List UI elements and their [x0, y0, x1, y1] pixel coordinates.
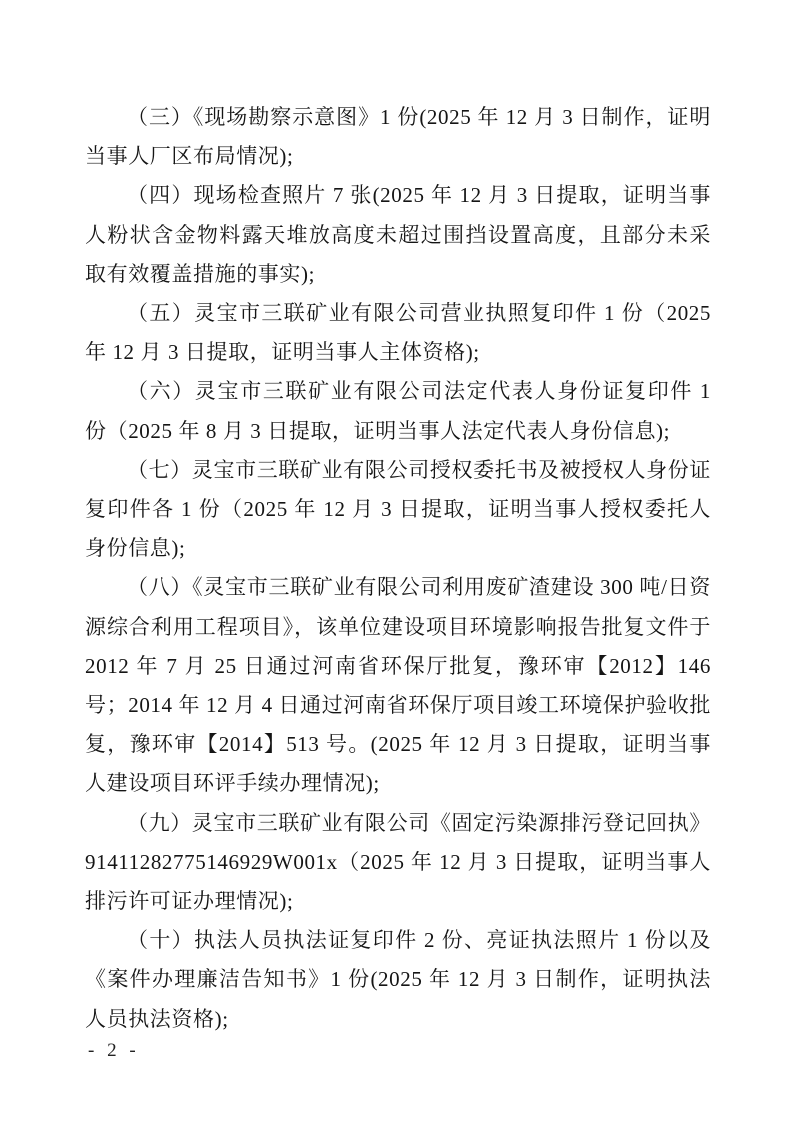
document-body: （三）《现场勘察示意图》1 份(2025 年 12 月 3 日制作，证明当事人厂…: [85, 98, 711, 1039]
evidence-item-9: （九）灵宝市三联矿业有限公司《固定污染源排污登记回执》9141128277514…: [85, 804, 711, 922]
page-number: - 2 -: [88, 1040, 140, 1062]
evidence-item-8: （八）《灵宝市三联矿业有限公司利用废矿渣建设 300 吨/日资源综合利用工程项目…: [85, 568, 711, 803]
evidence-item-6: （六）灵宝市三联矿业有限公司法定代表人身份证复印件 1 份（2025 年 8 月…: [85, 372, 711, 450]
evidence-item-10: （十）执法人员执法证复印件 2 份、亮证执法照片 1 份以及《案件办理廉洁告知书…: [85, 921, 711, 1039]
evidence-item-3: （三）《现场勘察示意图》1 份(2025 年 12 月 3 日制作，证明当事人厂…: [85, 98, 711, 176]
evidence-item-5: （五）灵宝市三联矿业有限公司营业执照复印件 1 份（2025 年 12 月 3 …: [85, 294, 711, 372]
evidence-item-7: （七）灵宝市三联矿业有限公司授权委托书及被授权人身份证复印件各 1 份（2025…: [85, 451, 711, 569]
evidence-item-4: （四）现场检查照片 7 张(2025 年 12 月 3 日提取，证明当事人粉状含…: [85, 176, 711, 294]
document-page: （三）《现场勘察示意图》1 份(2025 年 12 月 3 日制作，证明当事人厂…: [0, 0, 793, 1122]
